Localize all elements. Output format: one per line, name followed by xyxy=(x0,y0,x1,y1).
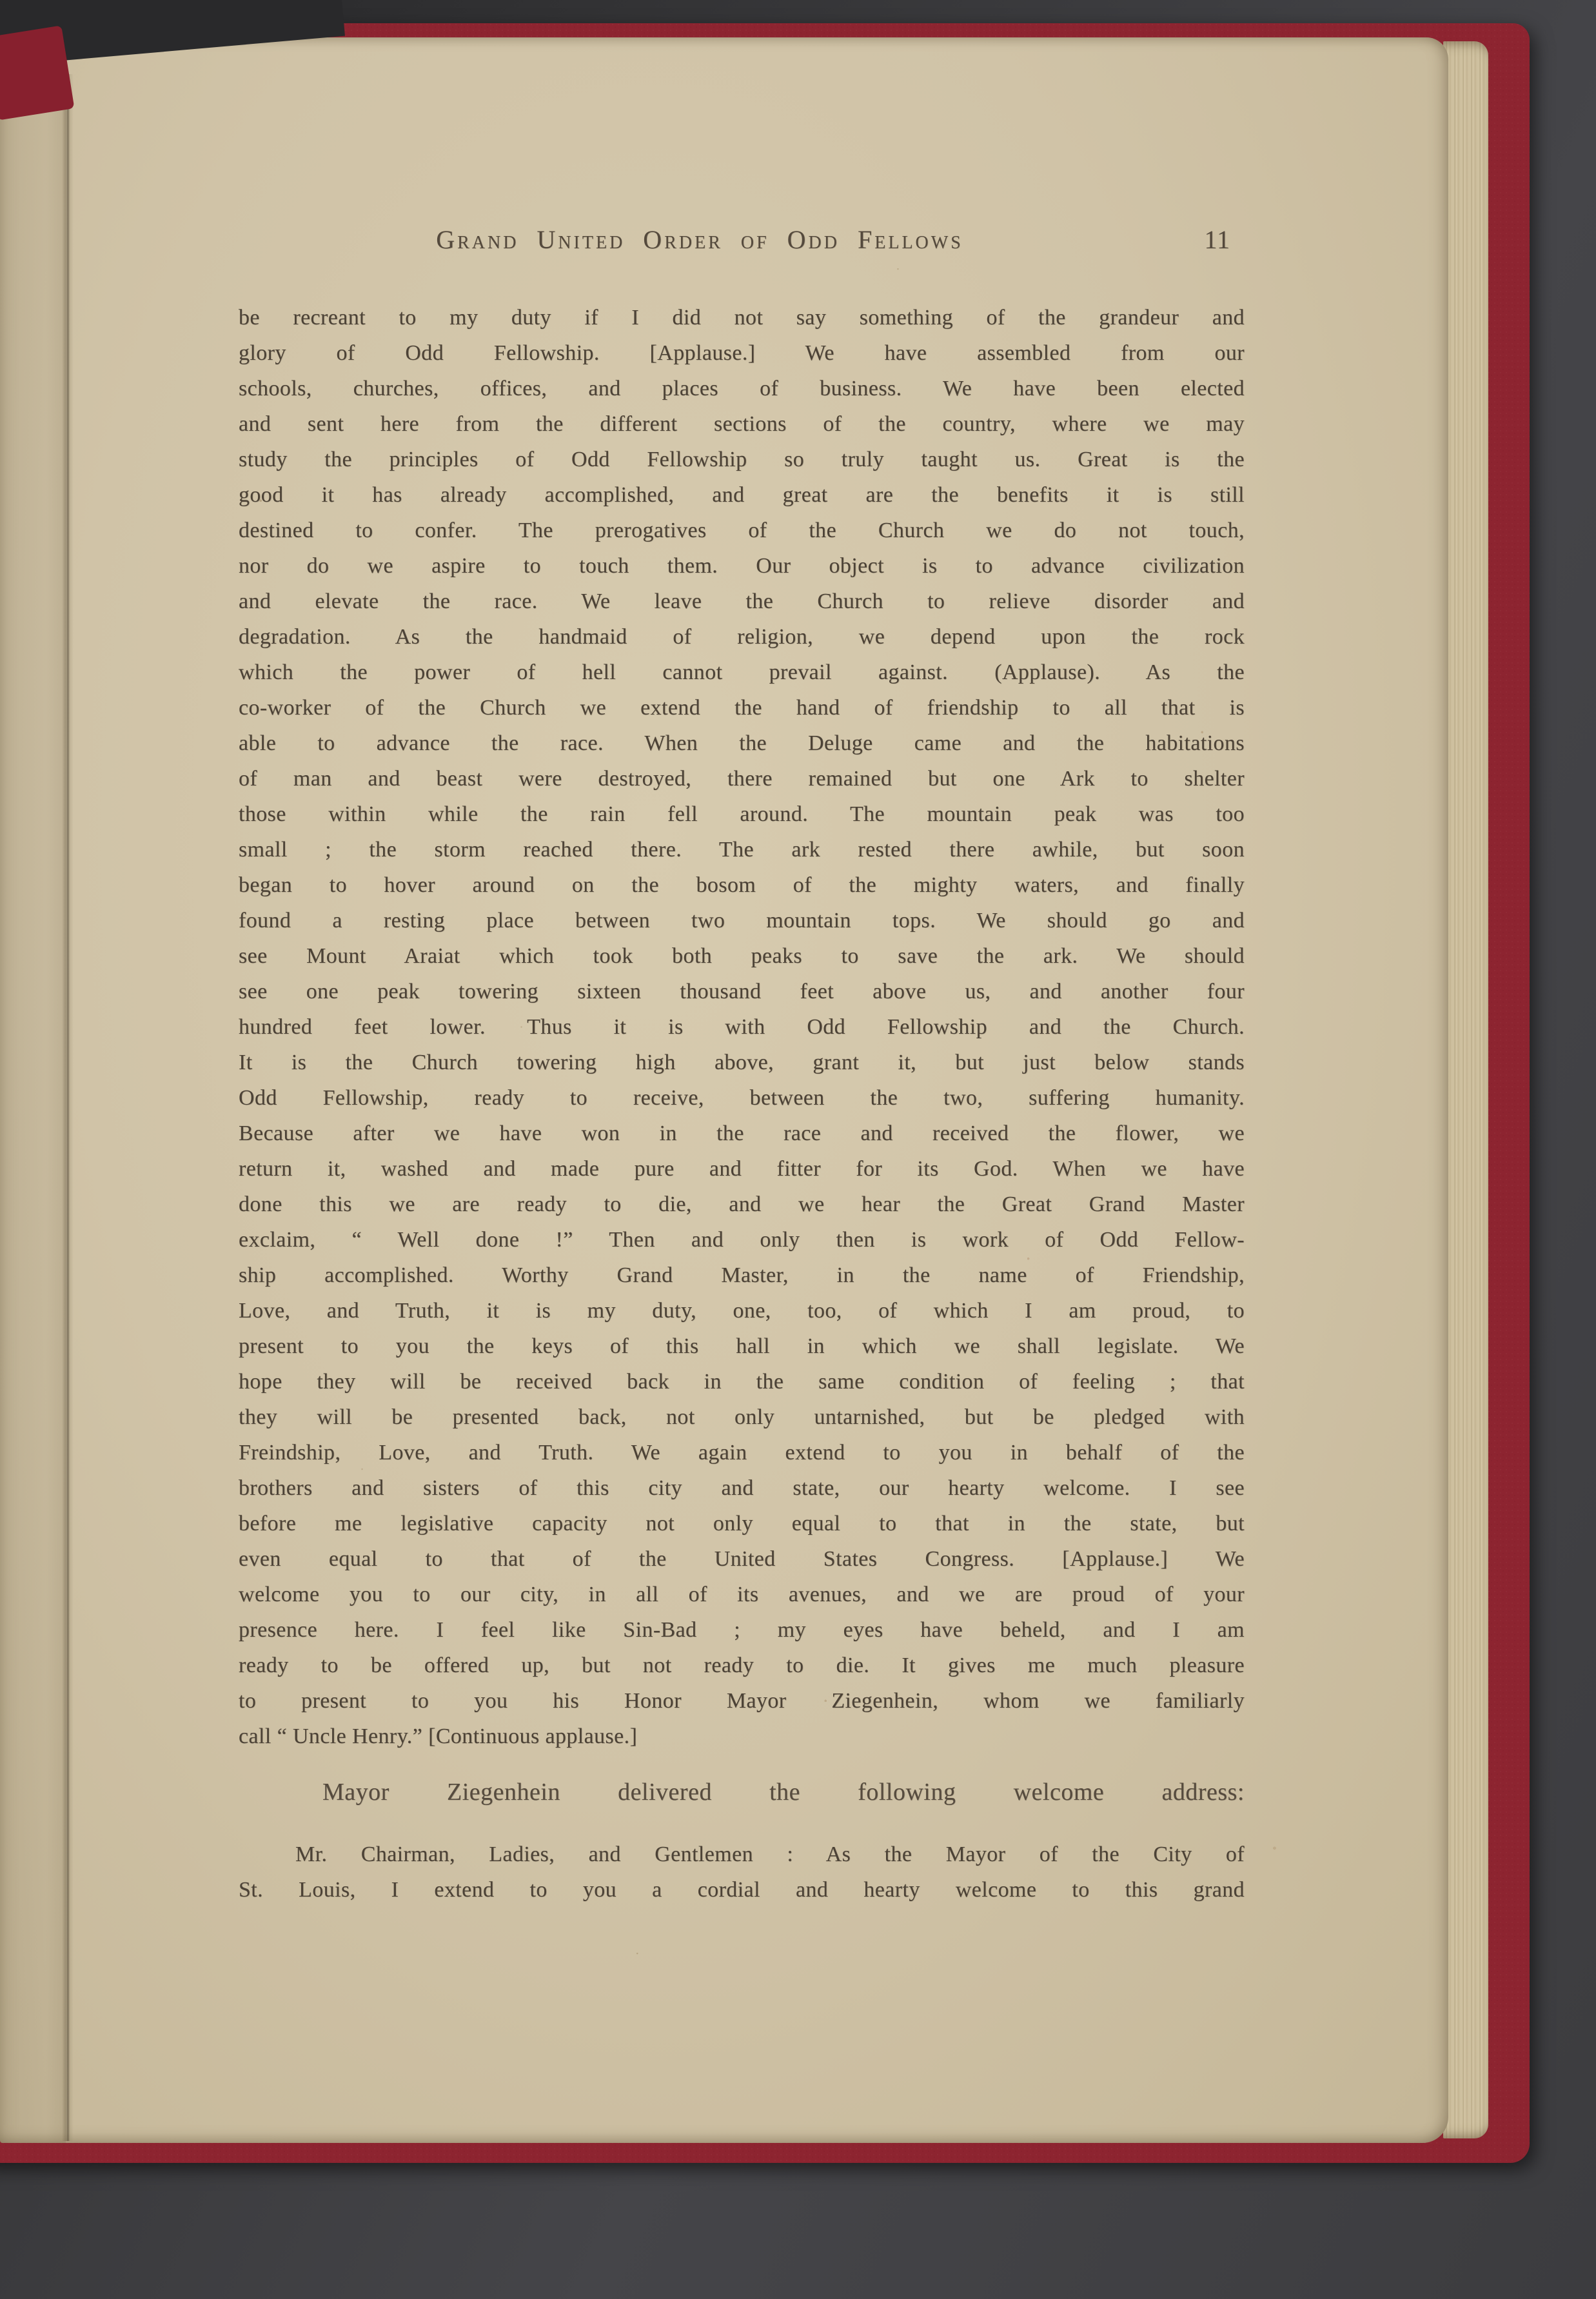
text-line: good it has already accomplished, and gr… xyxy=(239,477,1245,513)
text-line: Freindship, Love, and Truth. We again ex… xyxy=(239,1435,1245,1470)
text-line: and elevate the race. We leave the Churc… xyxy=(239,584,1245,619)
text-line: before me legislative capacity not only … xyxy=(239,1506,1245,1541)
text-line: return it, washed and made pure and fitt… xyxy=(239,1151,1245,1187)
text-line: those within while the rain fell around.… xyxy=(239,796,1245,832)
text-line: of man and beast were destroyed, there r… xyxy=(239,761,1245,796)
subheading: Mayor Ziegenhein delivered the following… xyxy=(322,1775,1245,1810)
text-line: began to hover around on the bosom of th… xyxy=(239,867,1245,903)
text-line: found a resting place between two mounta… xyxy=(239,903,1245,938)
book-scan-photo: Grand United Order of Odd Fellows 11 be … xyxy=(0,0,1596,2299)
text-line: Because after we have won in the race an… xyxy=(239,1116,1245,1151)
page-edge-stack xyxy=(1443,41,1488,2138)
text-line: destined to confer. The prerogatives of … xyxy=(239,513,1245,548)
text-line: see one peak towering sixteen thousand f… xyxy=(239,974,1245,1009)
text-line: hope they will be received back in the s… xyxy=(239,1364,1245,1399)
text-line: nor do we aspire to touch them. Our obje… xyxy=(239,548,1245,584)
text-line: be recreant to my duty if I did not say … xyxy=(239,300,1245,335)
text-line: and sent here from the different section… xyxy=(239,406,1245,442)
paragraph-1: be recreant to my duty if I did not say … xyxy=(239,300,1245,1754)
text-line: able to advance the race. When the Delug… xyxy=(239,725,1245,761)
text-line: present to you the keys of this hall in … xyxy=(239,1328,1245,1364)
text-line: co-worker of the Church we extend the ha… xyxy=(239,690,1245,725)
text-line: brothers and sisters of this city and st… xyxy=(239,1470,1245,1506)
text-line: exclaim, “ Well done !” Then and only th… xyxy=(239,1222,1245,1258)
top-left-cover-sliver xyxy=(0,25,74,120)
text-line: which the power of hell cannot prevail a… xyxy=(239,655,1245,690)
text-line: study the principles of Odd Fellowship s… xyxy=(239,442,1245,477)
text-line: even equal to that of the United States … xyxy=(239,1541,1245,1577)
running-header: Grand United Order of Odd Fellows 11 xyxy=(239,224,1245,263)
text-line: small ; the storm reached there. The ark… xyxy=(239,832,1245,867)
text-line: ready to be offered up, but not ready to… xyxy=(239,1648,1245,1683)
text-line: ship accomplished. Worthy Grand Master, … xyxy=(239,1258,1245,1293)
text-line: schools, churches, offices, and places o… xyxy=(239,371,1245,406)
text-line: Odd Fellowship, ready to receive, betwee… xyxy=(239,1080,1245,1116)
text-line: call “ Uncle Henry.” [Continuous applaus… xyxy=(239,1719,1245,1754)
text-line: glory of Odd Fellowship. [Applause.] We … xyxy=(239,335,1245,371)
text-line: to present to you his Honor Mayor Ziegen… xyxy=(239,1683,1245,1719)
text-line: Mr. Chairman, Ladies, and Gentlemen : As… xyxy=(239,1837,1245,1872)
text-line: It is the Church towering high above, gr… xyxy=(239,1045,1245,1080)
gutter-crease xyxy=(62,74,74,2141)
paragraph-2: Mr. Chairman, Ladies, and Gentlemen : As… xyxy=(239,1837,1245,1908)
text-line: St. Louis, I extend to you a cordial and… xyxy=(239,1872,1245,1908)
page-title: Grand United Order of Odd Fellows xyxy=(239,224,1161,255)
text-line: hundred feet lower. Thus it is with Odd … xyxy=(239,1009,1245,1045)
text-line: welcome you to our city, in all of its a… xyxy=(239,1577,1245,1612)
text-line: presence here. I feel like Sin-Bad ; my … xyxy=(239,1612,1245,1648)
text-line: Love, and Truth, it is my duty, one, too… xyxy=(239,1293,1245,1328)
text-line: they will be presented back, not only un… xyxy=(239,1399,1245,1435)
page-number: 11 xyxy=(1204,224,1230,255)
spine-fold-shading xyxy=(0,37,66,2143)
text-line: degradation. As the handmaid of religion… xyxy=(239,619,1245,655)
text-line: see Mount Araiat which took both peaks t… xyxy=(239,938,1245,974)
text-line: done this we are ready to die, and we he… xyxy=(239,1187,1245,1222)
